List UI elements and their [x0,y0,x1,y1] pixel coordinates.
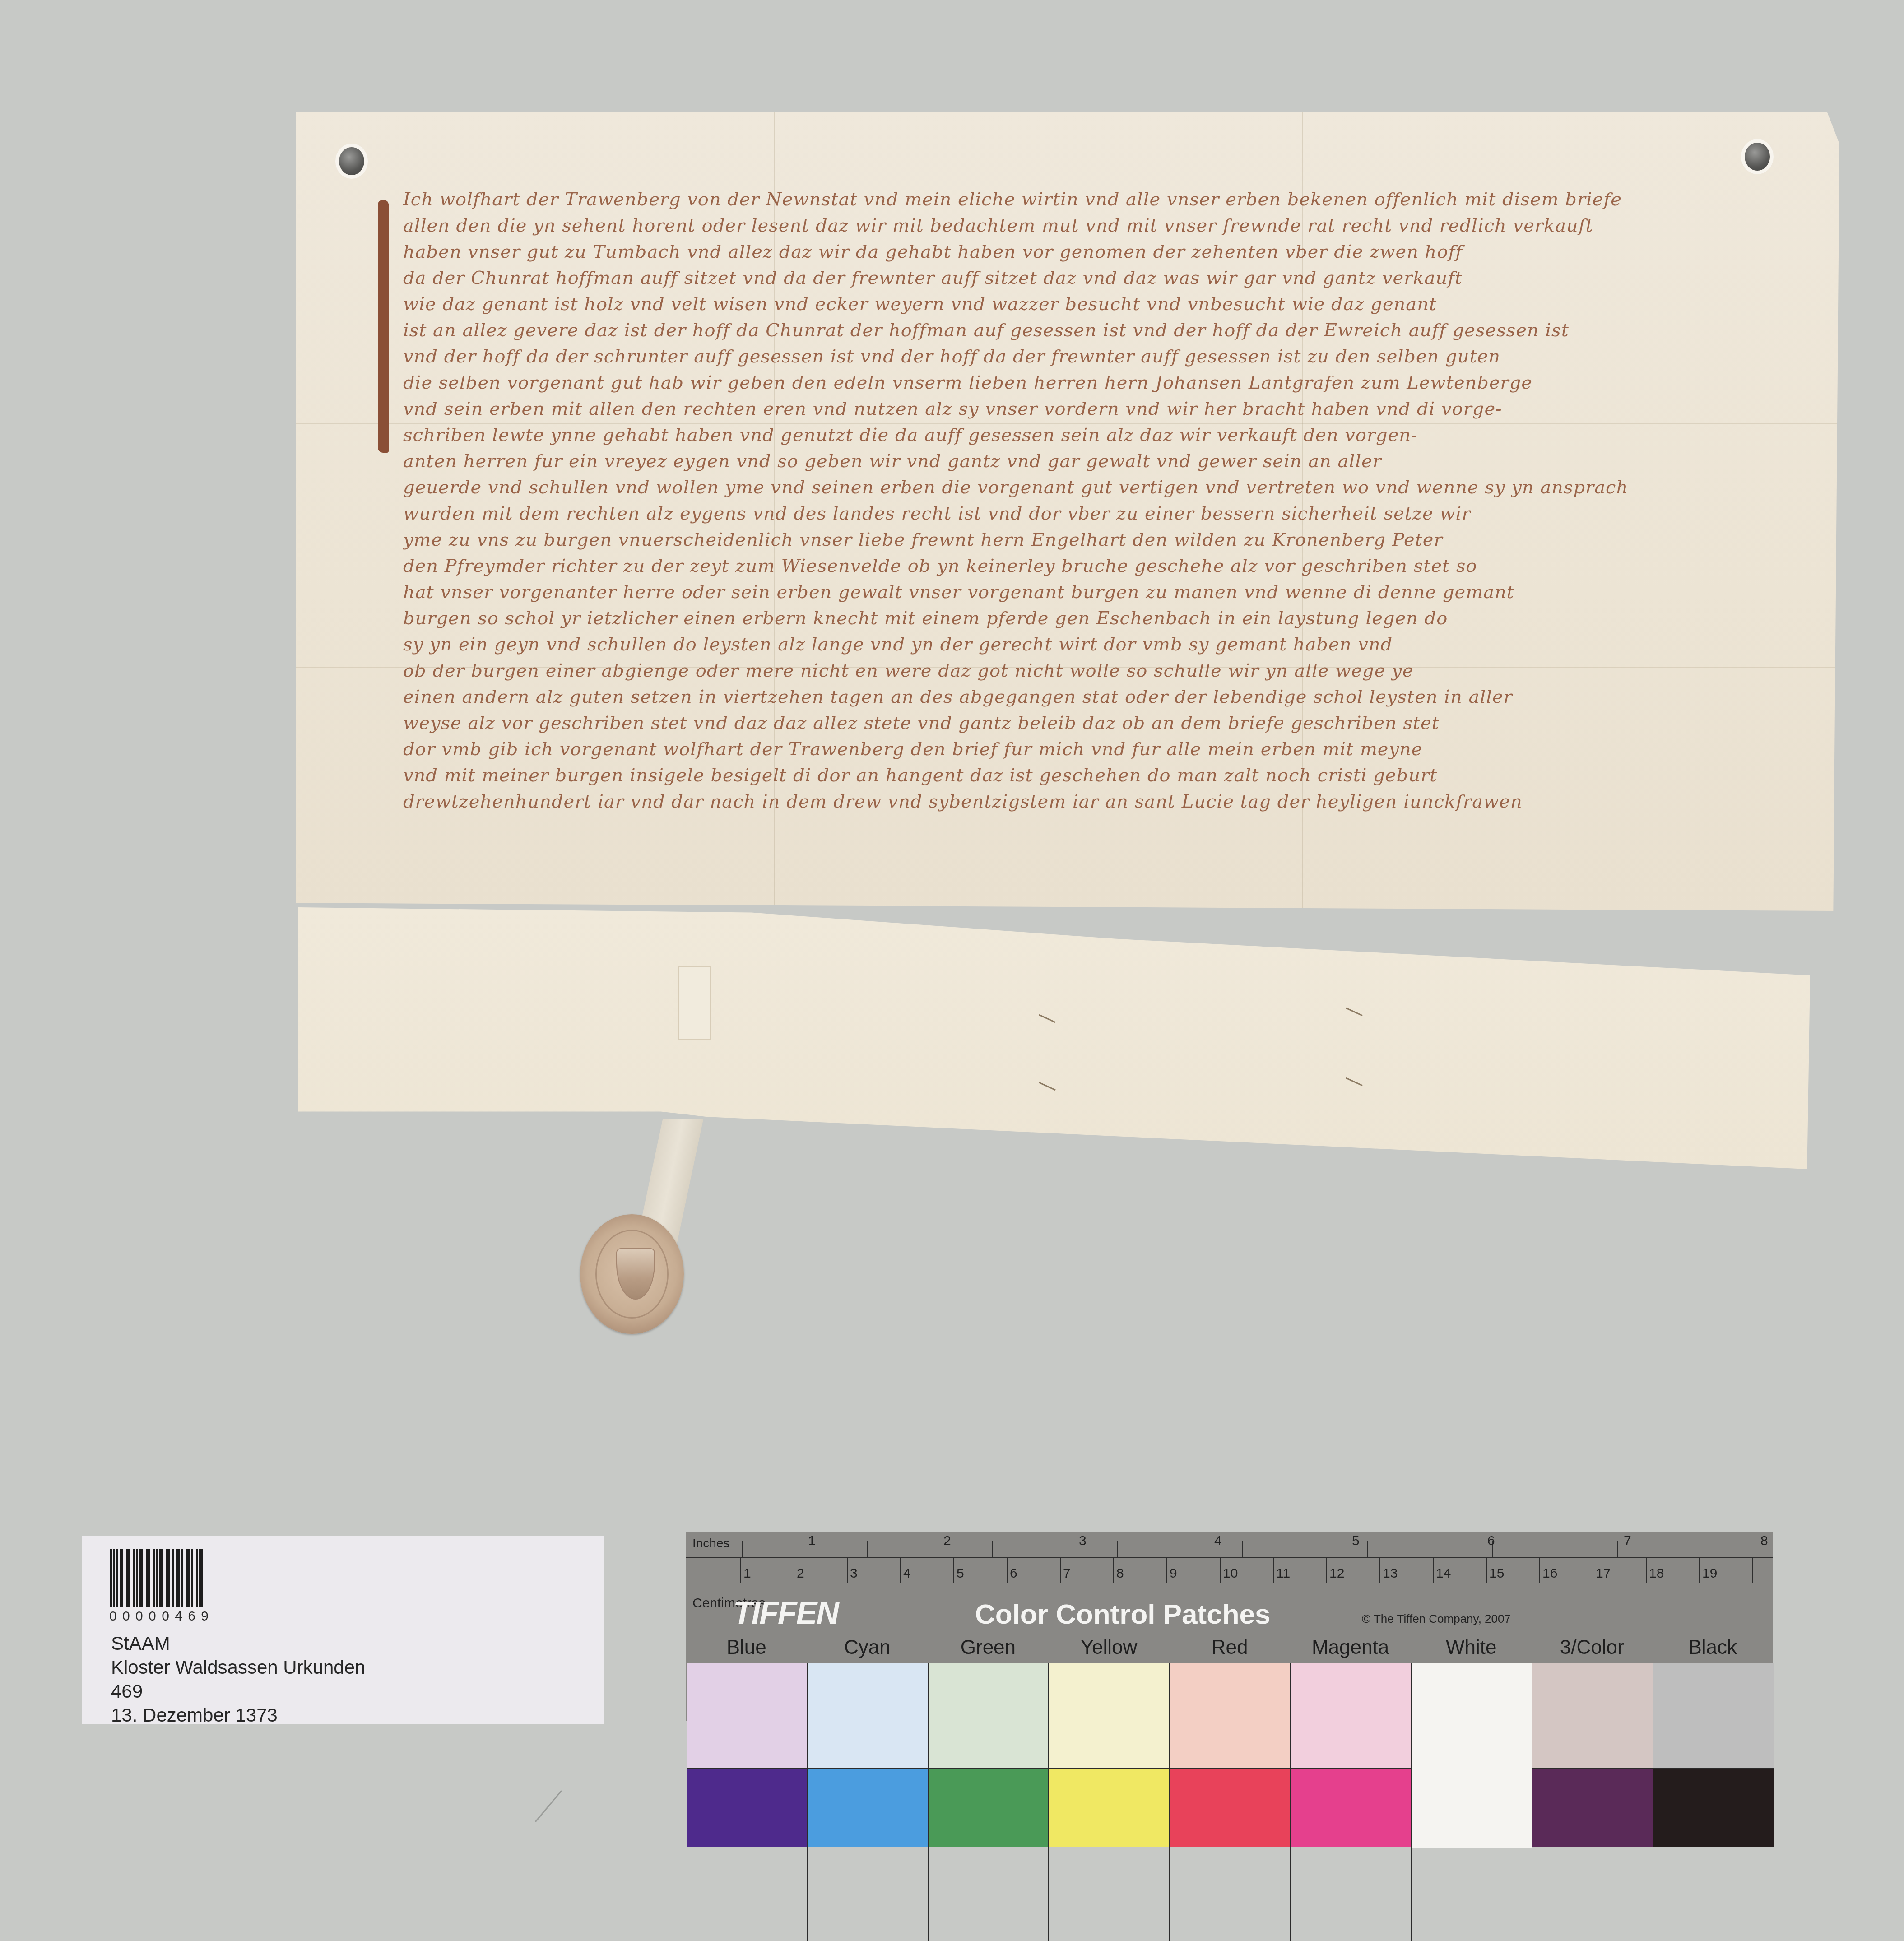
text-line: Ich wolfhart der Trawenberg von der Newn… [403,186,1803,213]
text-line: sy yn ein geyn vnd schullen do leysten a… [403,632,1803,658]
ruler: Inches 1 2 3 4 5 6 7 8 [686,1532,1773,1597]
text-line: die selben vorgenant gut hab wir geben d… [403,370,1803,396]
charter-text: Ich wolfhart der Trawenberg von der Newn… [381,186,1803,815]
patch-white [1412,1663,1533,1941]
text-line: weyse alz vor geschriben stet vnd daz da… [403,710,1803,736]
copyright-text: © The Tiffen Company, 2007 [1362,1612,1511,1626]
archive-name: StAAM [111,1631,365,1655]
chart-title: Color Control Patches [975,1598,1271,1630]
seal-slit [1039,1014,1056,1023]
document-number: 469 [111,1679,365,1703]
patch-blue [687,1663,808,1941]
text-line: vnd mit meiner burgen insigele besigelt … [403,762,1803,789]
wax-seal-icon [580,1214,684,1334]
patch-black [1653,1663,1774,1941]
patch-green [929,1663,1050,1941]
patch-3color [1532,1663,1653,1941]
pencil-mark [535,1790,562,1822]
patch-cyan [808,1663,929,1941]
text-line: haben vnser gut zu Tumbach vnd allez daz… [403,239,1803,265]
patch-yellow [1049,1663,1170,1941]
text-line: schriben lewte ynne gehabt haben vnd gen… [403,422,1803,448]
seal-slit [1346,1008,1363,1017]
text-line: einen andern alz guten setzen in viertze… [403,684,1803,710]
seal-slot [678,966,711,1040]
text-line: den Pfreymder richter zu der zeyt zum Wi… [403,553,1803,579]
collection-name: Kloster Waldsassen Urkunden [111,1655,365,1679]
color-patches [687,1663,1774,1941]
charter-parchment: Ich wolfhart der Trawenberg von der Newn… [296,112,1839,911]
text-line: vnd der hoff da der schrunter auff geses… [403,344,1803,370]
archive-label: 0 0 0 0 0 4 6 9 StAAM Kloster Waldsassen… [82,1536,604,1724]
text-line: ist an allez gevere daz ist der hoff da … [403,317,1803,344]
text-line: hat vnser vorgenanter herre oder sein er… [403,579,1803,605]
patch-labels: Blue Cyan Green Yellow Red Magenta White… [686,1636,1773,1659]
text-line: yme zu vns zu burgen vnuerscheidenlich v… [403,527,1803,553]
seal-slit [1039,1082,1056,1091]
text-line: burgen so schol yr ietzlicher einen erbe… [403,605,1803,632]
barcode-digits: 0 0 0 0 0 4 6 9 [109,1609,209,1624]
barcode-icon [110,1549,203,1607]
text-line: wurden mit dem rechten alz eygens vnd de… [403,501,1803,527]
text-line: vnd sein erben mit allen den rechten ere… [403,396,1803,422]
text-line: dor vmb gib ich vorgenant wolfhart der T… [403,736,1803,762]
text-line: allen den die yn sehent horent oder lese… [403,213,1803,239]
text-line: wie daz genant ist holz vnd velt wisen v… [403,291,1803,317]
charter-plica-fold [298,907,1810,1169]
text-line: anten herren fur ein vreyez eygen vnd so… [403,448,1803,474]
patch-red [1170,1663,1291,1941]
text-line: da der Chunrat hoffman auff sitzet vnd d… [403,265,1803,291]
patch-magenta [1291,1663,1412,1941]
mounting-pin-icon [1745,143,1770,171]
text-line: geuerde vnd schullen vnd wollen yme vnd … [403,474,1803,501]
document-date: 13. Dezember 1373 [111,1703,365,1727]
inches-label: Inches [692,1536,730,1551]
seal-slit [1346,1077,1363,1087]
mounting-pin-icon [339,147,364,175]
text-line: drewtzehenhundert iar vnd dar nach in de… [403,789,1803,815]
tiffen-logo: TIFFEN [733,1595,838,1631]
text-line: ob der burgen einer abgienge oder mere n… [403,658,1803,684]
